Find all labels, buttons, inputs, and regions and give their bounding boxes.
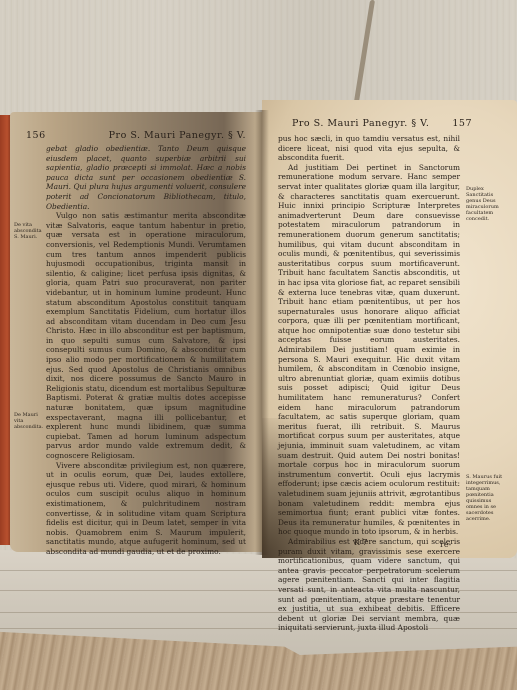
left-page: 156 Pro S. Mauri Panegyr. § V. gebat gla… bbox=[10, 112, 262, 552]
left-running-head: 156 Pro S. Mauri Panegyr. § V. bbox=[26, 130, 246, 141]
right-paragraph: pus hoc sæcli, in quo tamdiu versatus es… bbox=[278, 134, 460, 163]
right-page-text: pus hoc sæcli, in quo tamdiu versatus es… bbox=[278, 134, 460, 633]
right-page-number: 157 bbox=[452, 118, 472, 129]
right-paragraph: Ad justitiam Dei pertinet in Sanctorum r… bbox=[278, 163, 460, 537]
catchword: re- bbox=[440, 540, 451, 549]
left-margin-note: De vita abscondita S. Mauri. bbox=[14, 222, 44, 240]
right-page: Pro S. Mauri Panegyr. § V. 157 pus hoc s… bbox=[262, 100, 517, 558]
right-paragraph: Admirabilius est videre sanctum, qui sce… bbox=[278, 537, 460, 633]
left-paragraph: Vivere absconditæ privilegium est, non q… bbox=[46, 461, 246, 557]
left-paragraph: Vulgo non satis æstimantur merita abscon… bbox=[46, 211, 246, 460]
signature-mark: K 7 bbox=[354, 538, 368, 547]
right-margin-note: S. Maurus fuit integerrimus, tamquam pœn… bbox=[466, 474, 506, 522]
left-head-title: Pro S. Mauri Panegyr. § V. bbox=[109, 130, 246, 141]
right-running-head: Pro S. Mauri Panegyr. § V. 157 bbox=[292, 118, 472, 129]
left-paragraph: gebat gladio obedientiæ. Tanto Deum quis… bbox=[46, 144, 246, 211]
right-margin-note: Duplex Sanctitatis genus Deus miraculoru… bbox=[466, 186, 506, 222]
right-head-title: Pro S. Mauri Panegyr. § V. bbox=[292, 118, 429, 129]
left-margin-note: De Mauri vita abscondita. bbox=[14, 412, 44, 430]
book-gutter bbox=[255, 110, 269, 555]
left-page-number: 156 bbox=[26, 130, 46, 141]
left-page-text: gebat gladio obedientiæ. Tanto Deum quis… bbox=[46, 144, 246, 557]
